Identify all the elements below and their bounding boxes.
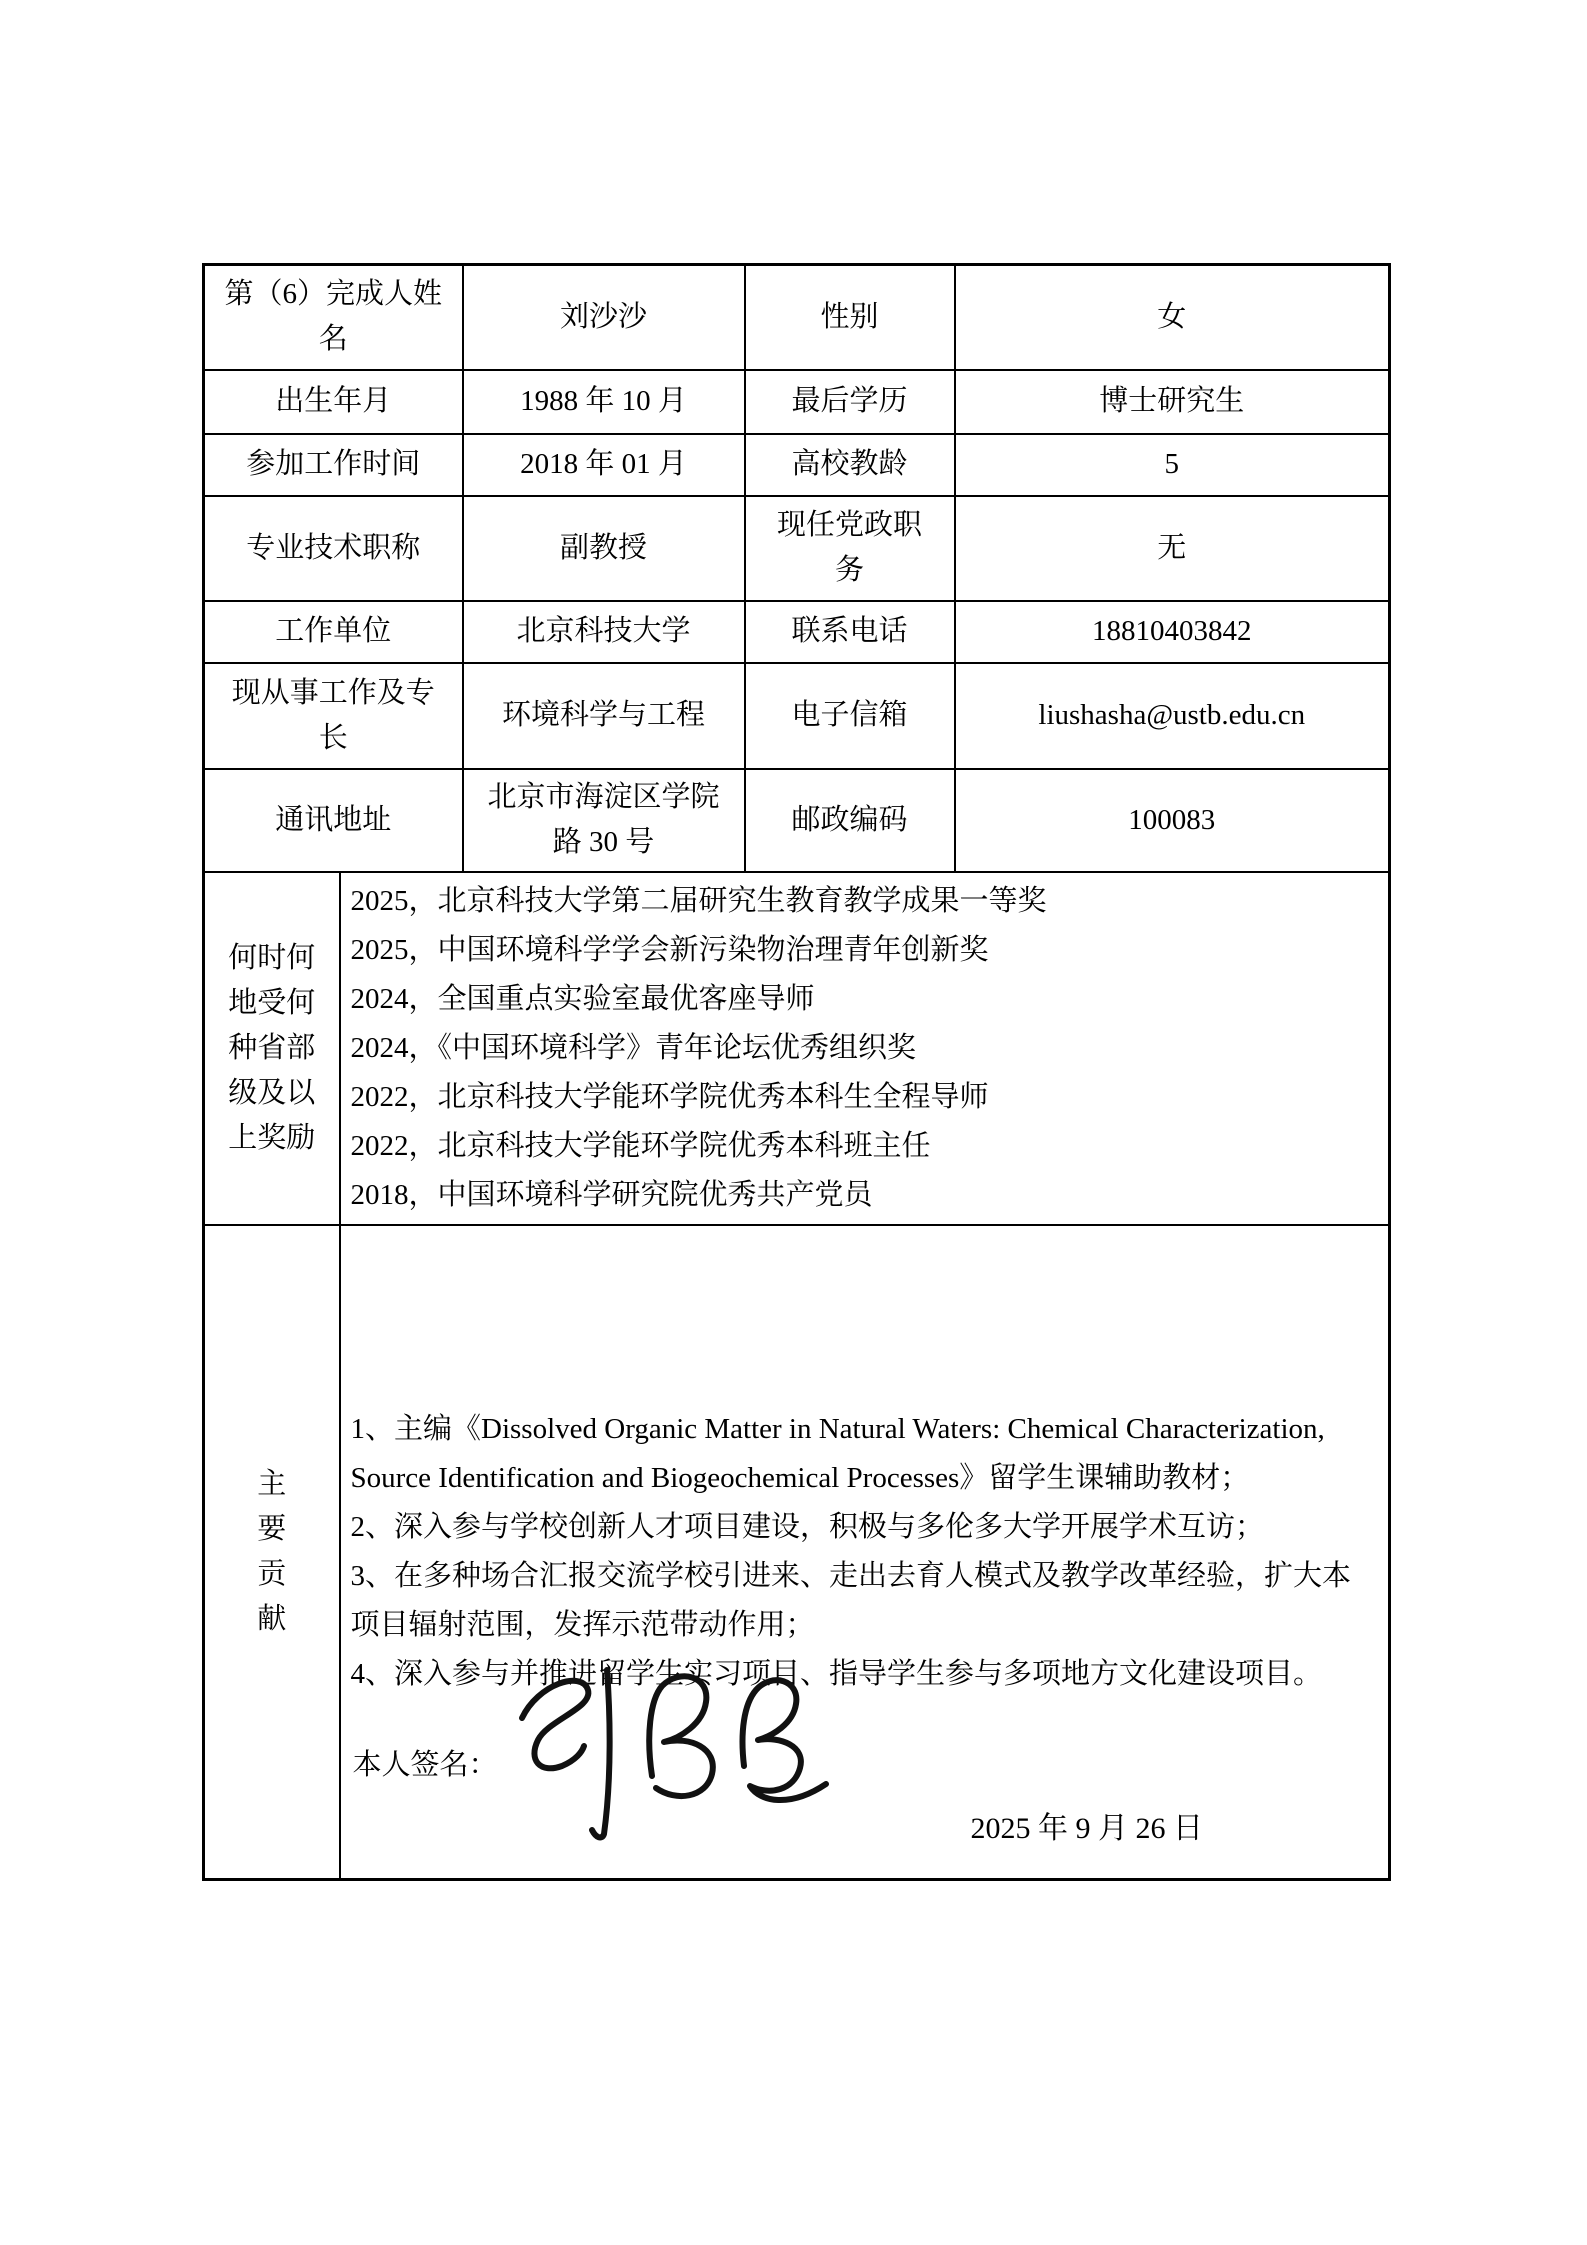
field-label-mailing-address: 通讯地址 [204, 769, 463, 872]
field-label-professional-title: 专业技术职称 [204, 496, 463, 601]
personnel-table: 第（6）完成人姓 名 刘沙沙 性别 女 出生年月 1988 年 10 月 最后学… [202, 263, 1391, 1881]
signature-date: 2025 年 9 月 26 日 [971, 1806, 1204, 1851]
field-label-teaching-years: 高校教龄 [745, 434, 955, 496]
table-row: 现从事工作及专 长 环境科学与工程 电子信箱 liushasha@ustb.ed… [204, 663, 1390, 769]
award-item: 2022，北京科技大学能环学院优秀本科生全程导师 [351, 1073, 1379, 1122]
field-value-postal-code: 100083 [955, 769, 1390, 872]
awards-label: 何时何 地受何 种省部 级及以 上奖励 [204, 872, 340, 1225]
field-label-gender: 性别 [745, 265, 955, 370]
field-value-gender: 女 [955, 265, 1390, 370]
field-value-email: liushasha@ustb.edu.cn [955, 663, 1390, 769]
field-value-phone: 18810403842 [955, 601, 1390, 663]
contribution-item: 1、主编《Dissolved Organic Matter in Natural… [351, 1405, 1379, 1503]
awards-content: 2025，北京科技大学第二届研究生教育教学成果一等奖 2025，中国环境科学学会… [340, 872, 1390, 1225]
award-item: 2024，《中国环境科学》青年论坛优秀组织奖 [351, 1024, 1379, 1073]
award-item: 2025，中国环境科学学会新污染物治理青年创新奖 [351, 926, 1379, 975]
table-row: 参加工作时间 2018 年 01 月 高校教龄 5 [204, 434, 1390, 496]
field-value-mailing-address: 北京市海淀区学院 路 30 号 [463, 769, 745, 872]
table-row: 何时何 地受何 种省部 级及以 上奖励 2025，北京科技大学第二届研究生教育教… [204, 872, 1390, 1225]
field-label-party-position: 现任党政职 务 [745, 496, 955, 601]
field-label-birth-date: 出生年月 [204, 370, 463, 434]
field-label-employer: 工作单位 [204, 601, 463, 663]
field-label-email: 电子信箱 [745, 663, 955, 769]
field-value-work-start: 2018 年 01 月 [463, 434, 745, 496]
field-value-teaching-years: 5 [955, 434, 1390, 496]
field-value-birth-date: 1988 年 10 月 [463, 370, 745, 434]
table-row: 第（6）完成人姓 名 刘沙沙 性别 女 [204, 265, 1390, 370]
field-label-completer-name: 第（6）完成人姓 名 [204, 265, 463, 370]
field-value-final-degree: 博士研究生 [955, 370, 1390, 434]
signature-row: 本人签名： [353, 1656, 834, 1846]
field-label-phone: 联系电话 [745, 601, 955, 663]
table-row: 专业技术职称 副教授 现任党政职 务 无 [204, 496, 1390, 601]
table-row: 主 要 贡 献 1、主编《Dissolved Organic Matter in… [204, 1225, 1390, 1880]
award-item: 2022，北京科技大学能环学院优秀本科班主任 [351, 1122, 1379, 1171]
table-row: 通讯地址 北京市海淀区学院 路 30 号 邮政编码 100083 [204, 769, 1390, 872]
signature-label: 本人签名： [353, 1743, 498, 1788]
field-value-current-work: 环境科学与工程 [463, 663, 745, 769]
contribution-item: 2、深入参与学校创新人才项目建设，积极与多伦多大学开展学术互访； [351, 1503, 1379, 1552]
document-page: 第（6）完成人姓 名 刘沙沙 性别 女 出生年月 1988 年 10 月 最后学… [0, 0, 1587, 2245]
table-row: 出生年月 1988 年 10 月 最后学历 博士研究生 [204, 370, 1390, 434]
field-value-completer-name: 刘沙沙 [463, 265, 745, 370]
contribution-item: 3、在多种场合汇报交流学校引进来、走出去育人模式及教学改革经验，扩大本项目辐射范… [351, 1552, 1379, 1650]
award-item: 2024，全国重点实验室最优客座导师 [351, 975, 1379, 1024]
award-item: 2018，中国环境科学研究院优秀共产党员 [351, 1171, 1379, 1220]
field-label-work-start: 参加工作时间 [204, 434, 463, 496]
field-label-current-work: 现从事工作及专 长 [204, 663, 463, 769]
field-value-professional-title: 副教授 [463, 496, 745, 601]
field-label-final-degree: 最后学历 [745, 370, 955, 434]
table-row: 工作单位 北京科技大学 联系电话 18810403842 [204, 601, 1390, 663]
contributions-label: 主 要 贡 献 [204, 1225, 340, 1880]
field-label-postal-code: 邮政编码 [745, 769, 955, 872]
award-item: 2025，北京科技大学第二届研究生教育教学成果一等奖 [351, 877, 1379, 926]
signature-image [504, 1656, 834, 1846]
contributions-content: 1、主编《Dissolved Organic Matter in Natural… [340, 1225, 1390, 1880]
field-value-party-position: 无 [955, 496, 1390, 601]
field-value-employer: 北京科技大学 [463, 601, 745, 663]
